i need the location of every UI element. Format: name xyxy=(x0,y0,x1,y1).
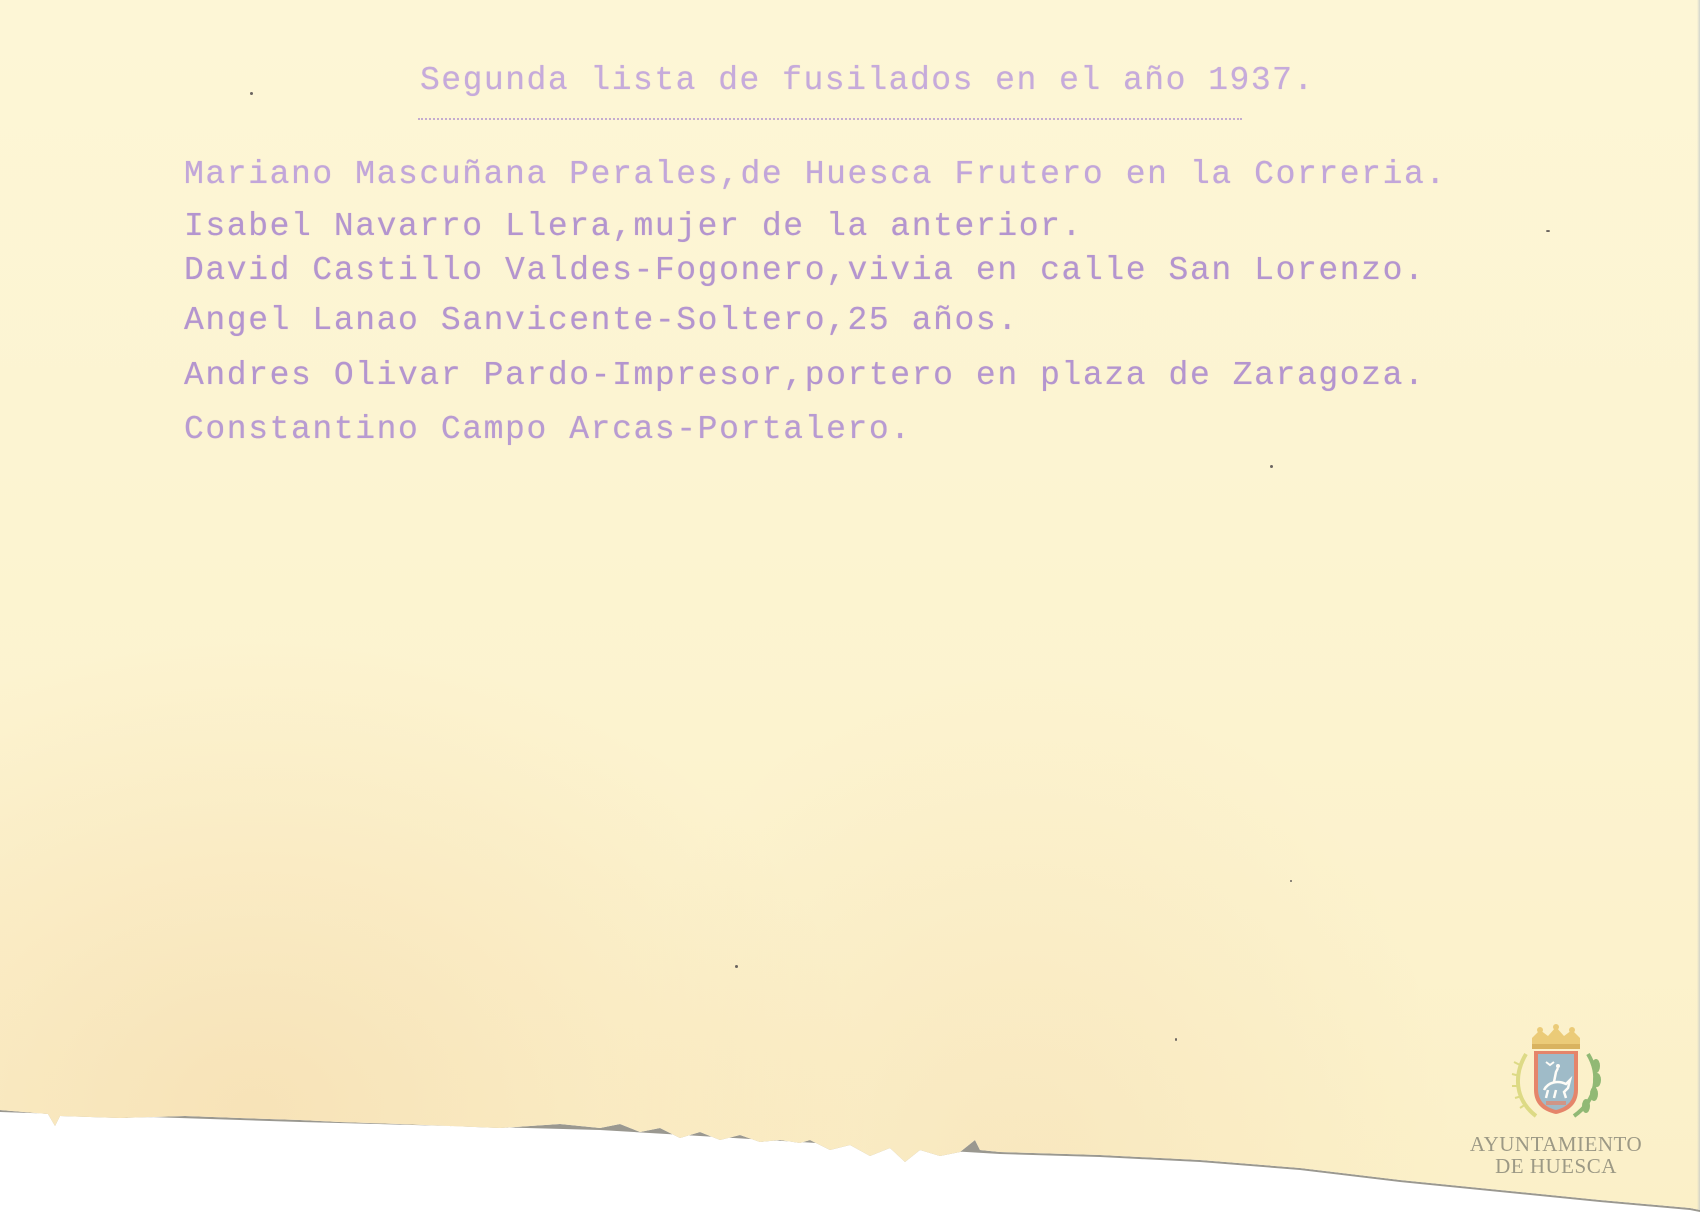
list-entry: Constantino Campo Arcas-Portalero. xyxy=(184,405,1447,455)
title-underline xyxy=(418,118,1242,120)
victim-list: Mariano Mascuñana Perales,de Huesca Frut… xyxy=(184,150,1447,455)
scanned-document: Segunda lista de fusilados en el año 193… xyxy=(0,0,1700,1232)
list-entry: Mariano Mascuñana Perales,de Huesca Frut… xyxy=(184,150,1447,202)
coat-of-arms-icon xyxy=(1496,1024,1616,1130)
list-entry: David Castillo Valdes-Fogonero,vivia en … xyxy=(184,246,1447,296)
list-entry: Angel Lanao Sanvicente-Soltero,25 años. xyxy=(184,296,1447,351)
watermark-line-2: DE HUESCA xyxy=(1466,1154,1646,1179)
list-entry: Andres Olivar Pardo-Impresor,portero en … xyxy=(184,351,1447,405)
list-entry: Isabel Navarro Llera,mujer de la anterio… xyxy=(184,202,1447,246)
ayuntamiento-huesca-watermark: AYUNTAMIENTO DE HUESCA xyxy=(1466,1024,1646,1184)
document-title: Segunda lista de fusilados en el año 193… xyxy=(420,62,1315,99)
